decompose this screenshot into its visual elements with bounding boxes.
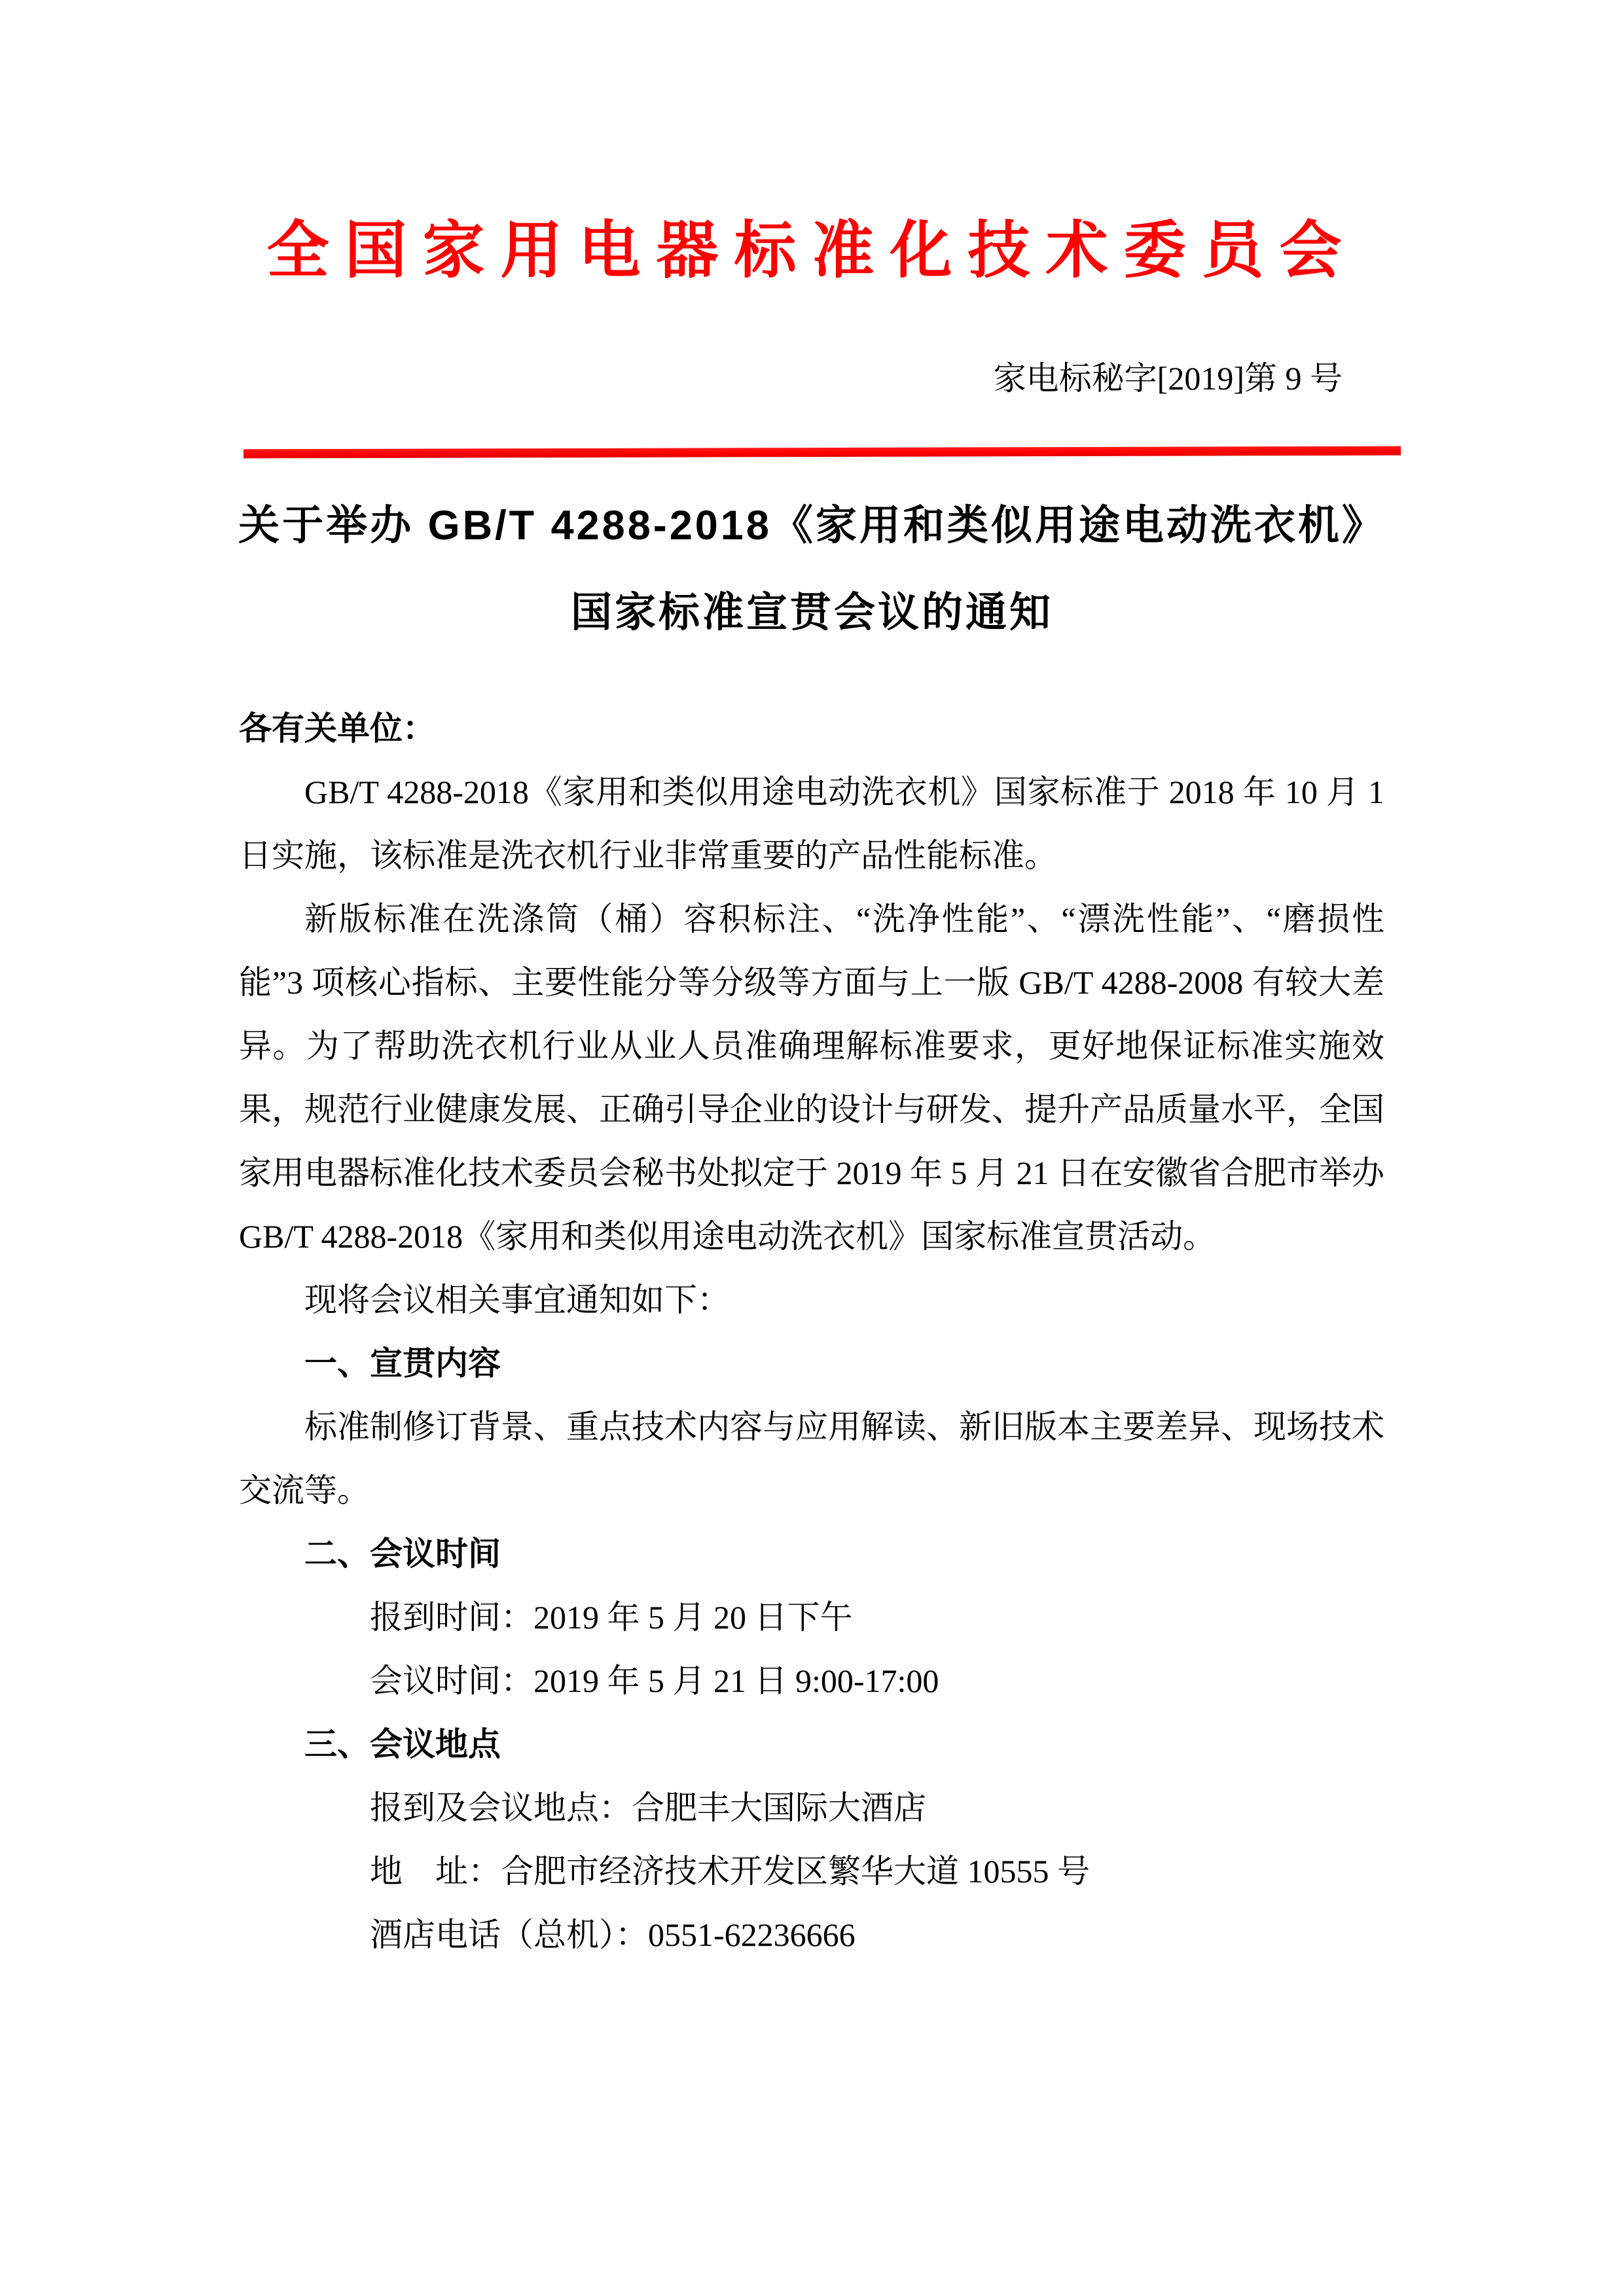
salutation: 各有关单位： <box>239 697 1384 761</box>
red-divider-rule <box>244 446 1401 459</box>
paragraph-standard-intro: GB/T 4288-2018《家用和类似用途电动洗衣机》国家标准于 2018 年… <box>239 761 1384 888</box>
item-registration-time: 报到时间：2019 年 5 月 20 日下午 <box>239 1586 1384 1649</box>
item-venue: 报到及会议地点：合肥丰大国际大酒店 <box>239 1776 1384 1840</box>
paragraph-background-and-purpose: 新版标准在洗涤筒（桶）容积标注、“洗净性能”、“漂洗性能”、“磨损性能”3 项核… <box>239 888 1384 1268</box>
notice-title: 关于举办 GB/T 4288-2018《家用和类似用途电动洗衣机》 国家标准宣贯… <box>0 482 1624 656</box>
section-heading-meeting-time: 二、会议时间 <box>239 1522 1384 1586</box>
paragraph-notice-lead-in: 现将会议相关事宜通知如下： <box>239 1268 1384 1332</box>
organization-masthead: 全国家用电器标准化技术委员会 <box>0 213 1624 288</box>
notice-body: 各有关单位： GB/T 4288-2018《家用和类似用途电动洗衣机》国家标准于… <box>239 697 1384 1967</box>
notice-title-line-1: 关于举办 GB/T 4288-2018《家用和类似用途电动洗衣机》 <box>0 482 1624 569</box>
item-meeting-time: 会议时间：2019 年 5 月 21 日 9:00-17:00 <box>239 1649 1384 1713</box>
section-heading-meeting-venue: 三、会议地点 <box>239 1713 1384 1776</box>
item-address: 地 址：合肥市经济技术开发区繁华大道 10555 号 <box>239 1840 1384 1903</box>
section-heading-content: 一、宣贯内容 <box>239 1332 1384 1395</box>
document-reference-number: 家电标秘字[2019]第 9 号 <box>994 359 1343 398</box>
item-hotel-phone: 酒店电话（总机）：0551-62236666 <box>239 1903 1384 1967</box>
notice-title-line-2: 国家标准宣贯会议的通知 <box>0 569 1624 656</box>
notice-document-page: 全国家用电器标准化技术委员会 家电标秘字[2019]第 9 号 关于举办 GB/… <box>0 0 1624 2296</box>
section-content-text: 标准制修订背景、重点技术内容与应用解读、新旧版本主要差异、现场技术交流等。 <box>239 1395 1384 1522</box>
